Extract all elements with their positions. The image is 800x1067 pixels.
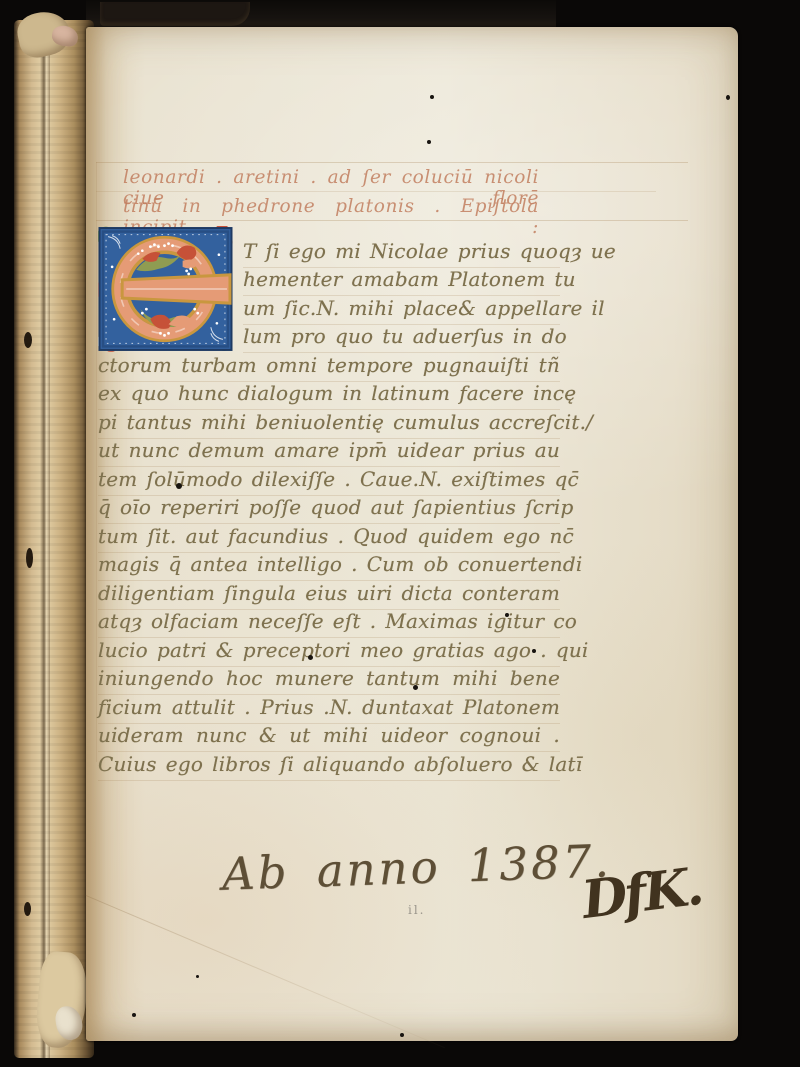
ink-speck [505, 613, 509, 617]
parchment-crease [86, 895, 445, 1048]
manuscript-text-line: hementer amabam Platonem tu [243, 267, 560, 296]
manuscript-photo: leonardi . aretini . ad ſer coluciū nico… [0, 0, 800, 1067]
manuscript-text-line: lum pro quo tu aduerſus in do [243, 324, 560, 353]
ink-speck [430, 95, 434, 99]
year-annotation: Ab anno 1387. [221, 834, 612, 901]
margin-ruling-line [96, 162, 97, 762]
spine-notch [24, 902, 31, 916]
manuscript-text-line: pi tantus mihi beniuolentię cumulus accr… [98, 410, 560, 439]
manuscript-text-line: ctorum turbam omni tempore pugnauiſti tñ [98, 353, 560, 382]
manuscript-text-line: lucio patri & preceptori meo gratias ago… [98, 638, 560, 667]
ink-speck [308, 655, 313, 660]
page: leonardi . aretini . ad ſer coluciū nico… [86, 27, 738, 1041]
manuscript-text-line: magis q̄ antea intelligo . Cum ob conuer… [98, 552, 560, 581]
manuscript-text-line: ut nunc demum amare ipm̄ uidear prius au [98, 438, 560, 467]
owner-monogram: DfK. [579, 856, 704, 931]
manuscript-text-line: ficium attulit . Prius .N. duntaxat Plat… [98, 695, 560, 724]
ink-speck [726, 95, 730, 100]
manuscript-text-line: q̄ oīo reperiri poſſe quod aut ſapientiu… [98, 495, 560, 524]
ruling-line [96, 162, 688, 163]
ink-speck [532, 649, 536, 653]
manuscript-text-line: atqȝ olfaciam neceſſe eſt . Maximas igit… [98, 609, 560, 638]
manuscript-text-line: uideram nunc & ut mihi uideor cognoui . [98, 723, 560, 752]
manuscript-text-line: diligentiam ſingula eius uiri dicta cont… [98, 581, 560, 610]
pencil-annotation: il. [408, 903, 426, 917]
manuscript-text-line: ex quo hunc dialogum in latinum facere i… [98, 381, 560, 410]
spine-notch [26, 548, 33, 568]
manuscript-text-line: tum ſit. aut facundius . Quod quidem ego… [98, 524, 560, 553]
manuscript-text-line: um ſic.N. mihi place& appellare il [243, 296, 560, 325]
book-spine [14, 20, 94, 1058]
ink-speck [427, 140, 431, 144]
manuscript-text-line: tem ſolūmodo dilexiſſe . Caue.N. exiſtim… [98, 467, 560, 496]
ink-speck [176, 483, 182, 489]
ink-speck [132, 1013, 136, 1017]
ink-speck [400, 1033, 404, 1037]
illuminated-initial-E: E [98, 226, 233, 352]
spine-notch [24, 332, 32, 348]
book-cover-corner [100, 2, 250, 26]
manuscript-text-line: iniungendo hoc munere tantum mihi bene [98, 666, 560, 695]
illuminated-initial-artwork [98, 226, 233, 352]
manuscript-text-line: Cuius ego libros ſi aliquando abſoluero … [98, 752, 560, 781]
ink-speck [413, 685, 418, 690]
manuscript-text-line: T ſi ego mi Nicolae prius quoqȝ ue [243, 239, 560, 268]
ink-speck [196, 975, 199, 978]
